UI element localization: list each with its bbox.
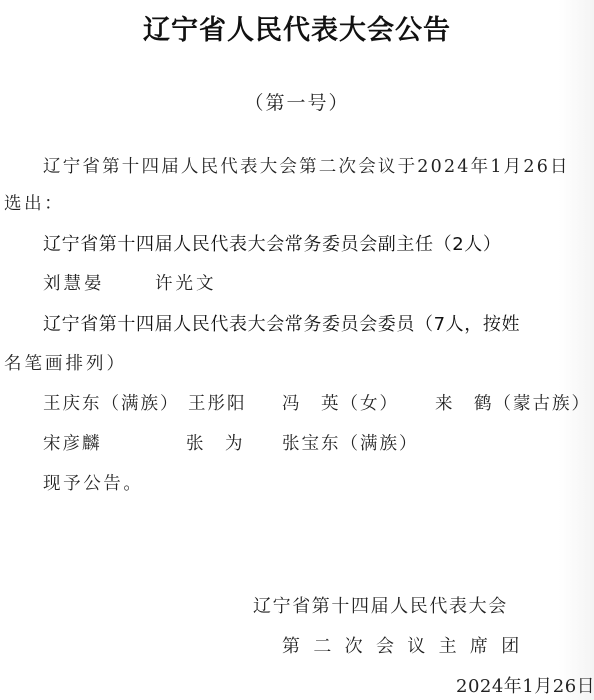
intro-line-2: 选出： (4, 190, 64, 215)
vice-chairman-name: 许光文 (155, 270, 217, 295)
section-members-heading-line-1: 辽宁省第十四届人民代表大会常务委员会委员（7人，按姓 (43, 310, 520, 336)
announcement-page: 辽宁省人民代表大会公告 （第一号） 辽宁省第十四届人民代表大会第二次会议于202… (0, 0, 594, 700)
vice-chairman-name: 刘慧晏 (43, 270, 105, 295)
member-name: 张 为 (186, 430, 245, 455)
closing-statement: 现予公告。 (43, 470, 144, 495)
signature-presidium: 第 二 次 会 议 主 席 团 (282, 632, 523, 658)
member-name: 王彤阳 (188, 390, 247, 415)
announcement-number: （第一号） (0, 88, 594, 115)
member-name: 宋彦麟 (43, 430, 102, 455)
member-name: 王庆东（满族） (43, 390, 180, 415)
member-name: 张宝东（满族） (282, 430, 419, 455)
member-name: 来 鹤（蒙古族） (435, 390, 591, 415)
signature-date: 2024年1月26日 (456, 672, 594, 698)
signature-issuer: 辽宁省第十四届人民代表大会 (253, 592, 508, 618)
intro-line-1: 辽宁省第十四届人民代表大会第二次会议于2024年1月26日 (43, 153, 570, 178)
section-vice-chairmen-heading: 辽宁省第十四届人民代表大会常务委员会副主任（2人） (43, 230, 501, 256)
section-members-heading-line-2: 名笔画排列） (4, 350, 127, 375)
document-title: 辽宁省人民代表大会公告 (0, 8, 594, 47)
member-name: 冯 英（女） (282, 390, 399, 415)
